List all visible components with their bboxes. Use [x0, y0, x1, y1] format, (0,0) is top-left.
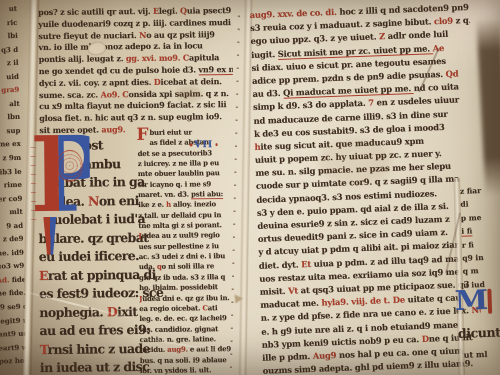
initial-p-descender — [43, 217, 56, 255]
text-line: sup — [0, 124, 21, 138]
text-line: z 9m — [0, 151, 21, 165]
illuminated-initial-p: P P — [29, 134, 90, 267]
right-margin-fragments: z fiardip mei fir fiq9 inq mu iud — [460, 183, 500, 292]
manuscript-photo: utriclbiq3 dz iluidgra9altlbnsupme exz 9… — [0, 0, 500, 375]
text-line: ne. id9 — [0, 246, 24, 260]
right-margin-column: z fiardip mei fir fiq9 inq mu iud M dicu… — [460, 183, 500, 375]
text-line: leg. e. de. ec. qz lachei9 — [139, 313, 235, 324]
text-line: eart9 wel — [0, 340, 27, 354]
text-line: lbn — [0, 110, 20, 124]
text-line: 9 ad — [0, 218, 23, 232]
next-lection-word: dicunt — [458, 325, 500, 340]
text-line: ut — [0, 2, 17, 16]
right-page-column: aug9. xxv. de co. di. hoc z illi q nd sa… — [245, 0, 483, 375]
text-line: Judea dni e. qz gz ibu in. — [139, 292, 235, 303]
initial-p-filigree — [57, 150, 83, 182]
shadow-edge — [476, 17, 500, 196]
text-line: i fi — [461, 224, 500, 239]
illuminated-initial-m: M — [454, 286, 492, 317]
text-line: z de9 — [0, 232, 24, 246]
left-commentary-top-block: pos? z sic autili qr aut. vij. Elegi. Qu… — [38, 5, 233, 139]
text-line: ib3 le — [0, 164, 22, 178]
text-line: z il — [0, 56, 19, 70]
text-line: r fi — [462, 237, 500, 252]
text-line: q9 in — [462, 250, 500, 265]
text-line: ant9 ueyl ne9 — [0, 327, 26, 341]
text-line: ac. s3 udei z dni e. i ibu — [139, 251, 235, 262]
chapter-numeral: VII — [189, 139, 217, 150]
red-flourish-dot — [215, 143, 218, 146]
red-flourish-dot — [190, 144, 193, 147]
text-line: p me — [461, 210, 500, 225]
text-line: i9 se9 q3 il — [0, 300, 25, 314]
text-line: me ex — [0, 137, 21, 151]
text-line: bus. q na soli. i9 ablaue — [140, 355, 236, 366]
text-line: poz hoc — [0, 354, 27, 368]
initial-f: F — [136, 127, 148, 144]
parchment-notch — [235, 294, 244, 304]
text-line: ut ml — [463, 348, 487, 362]
text-line: mlt — [0, 205, 23, 219]
text-line: uo3 w9 — [0, 259, 24, 273]
text-line: mte obuer laublin pau — [138, 168, 234, 179]
text-line: ier co9 — [0, 191, 22, 205]
initial-p-flourish — [31, 147, 37, 225]
text-line: gra9 — [0, 83, 19, 97]
text-line: uid — [0, 70, 19, 84]
right-margin-bottom-fragment: ut ml — [463, 348, 487, 362]
text-line: Ad. fide — [0, 273, 25, 287]
text-line: lbi — [0, 29, 18, 43]
text-line: q m — [462, 264, 500, 279]
text-line: maret. vn. d3. psti abu: — [138, 189, 234, 200]
left-commentary-column: buri eiut uras fidel z abstandet se a ps… — [137, 127, 236, 375]
text-line: ric — [0, 15, 18, 29]
text-line: di — [460, 197, 500, 212]
text-line: q3 d — [0, 42, 18, 56]
text-line: lor. vn ysidos li. ult. — [140, 365, 236, 375]
text-line: alt — [0, 97, 20, 111]
stain — [318, 138, 392, 186]
text-line: gio qz ib uda. s3 z illa q — [139, 272, 235, 283]
text-line: legit9 ul ib3 — [0, 313, 26, 327]
text-line: rime — [0, 178, 22, 192]
chapter-numeral-text: VII — [194, 139, 213, 150]
stain — [176, 86, 202, 102]
text-line: tne mlta gi z si porant. — [138, 220, 234, 231]
initial-m-letter: M — [454, 286, 489, 317]
